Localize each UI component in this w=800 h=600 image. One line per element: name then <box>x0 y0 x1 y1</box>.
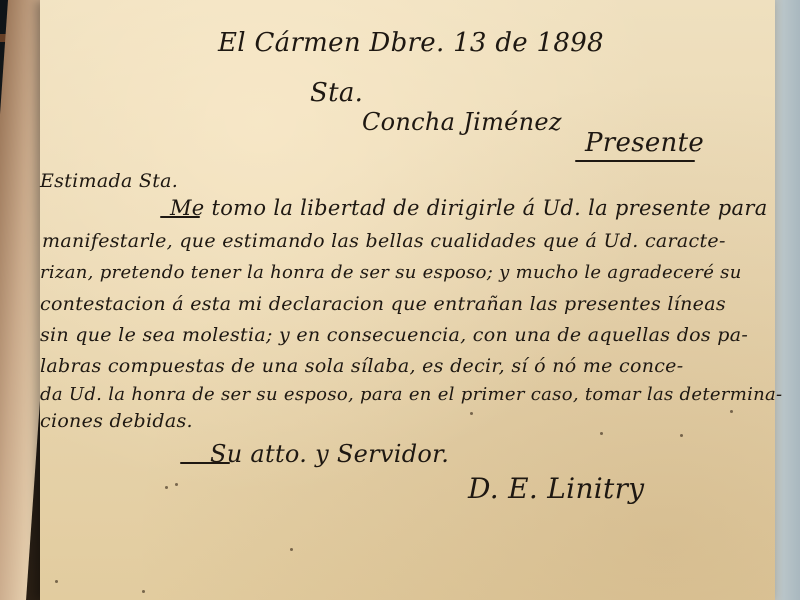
paper-speck <box>680 434 683 437</box>
presente-label: Presente <box>585 128 704 158</box>
paper-speck <box>142 590 145 593</box>
closing: Su atto. y Servidor. <box>210 440 449 468</box>
paper-speck <box>600 432 603 435</box>
paper-speck <box>290 548 293 551</box>
body-line-8: ciones debidas. <box>40 410 193 432</box>
recipient-name: Concha Jiménez <box>362 108 562 136</box>
paper-speck <box>175 483 178 486</box>
paper-speck <box>55 580 58 583</box>
body-line-6: labras compuestas de una sola sílaba, es… <box>40 355 683 377</box>
body-line-5: sin que le sea molestia; y en consecuenc… <box>40 324 748 346</box>
body-line-7: da Ud. la honra de ser su esposo, para e… <box>40 384 782 405</box>
paper-speck <box>165 486 168 489</box>
body-line-2: manifestarle, que estimando las bellas c… <box>42 230 726 252</box>
salutation-title: Sta. <box>310 78 363 108</box>
paper-speck <box>730 410 733 413</box>
paper-speck <box>470 412 473 415</box>
signature: D. E. Linitry <box>468 472 644 505</box>
body-line-4: contestacion á esta mi declaracion que e… <box>40 293 726 315</box>
paragraph-flourish <box>160 216 200 218</box>
dateline: El Cármen Dbre. 13 de 1898 <box>218 28 604 58</box>
letter-paper: El Cármen Dbre. 13 de 1898 Sta. Concha J… <box>40 0 775 600</box>
body-line-3: rizan, pretendo tener la honra de ser su… <box>40 262 742 283</box>
presente-underline <box>575 160 695 162</box>
closing-flourish <box>180 462 230 464</box>
body-line-1: Me tomo la libertad de dirigirle á Ud. l… <box>170 196 768 220</box>
greeting: Estimada Sta. <box>40 170 178 192</box>
